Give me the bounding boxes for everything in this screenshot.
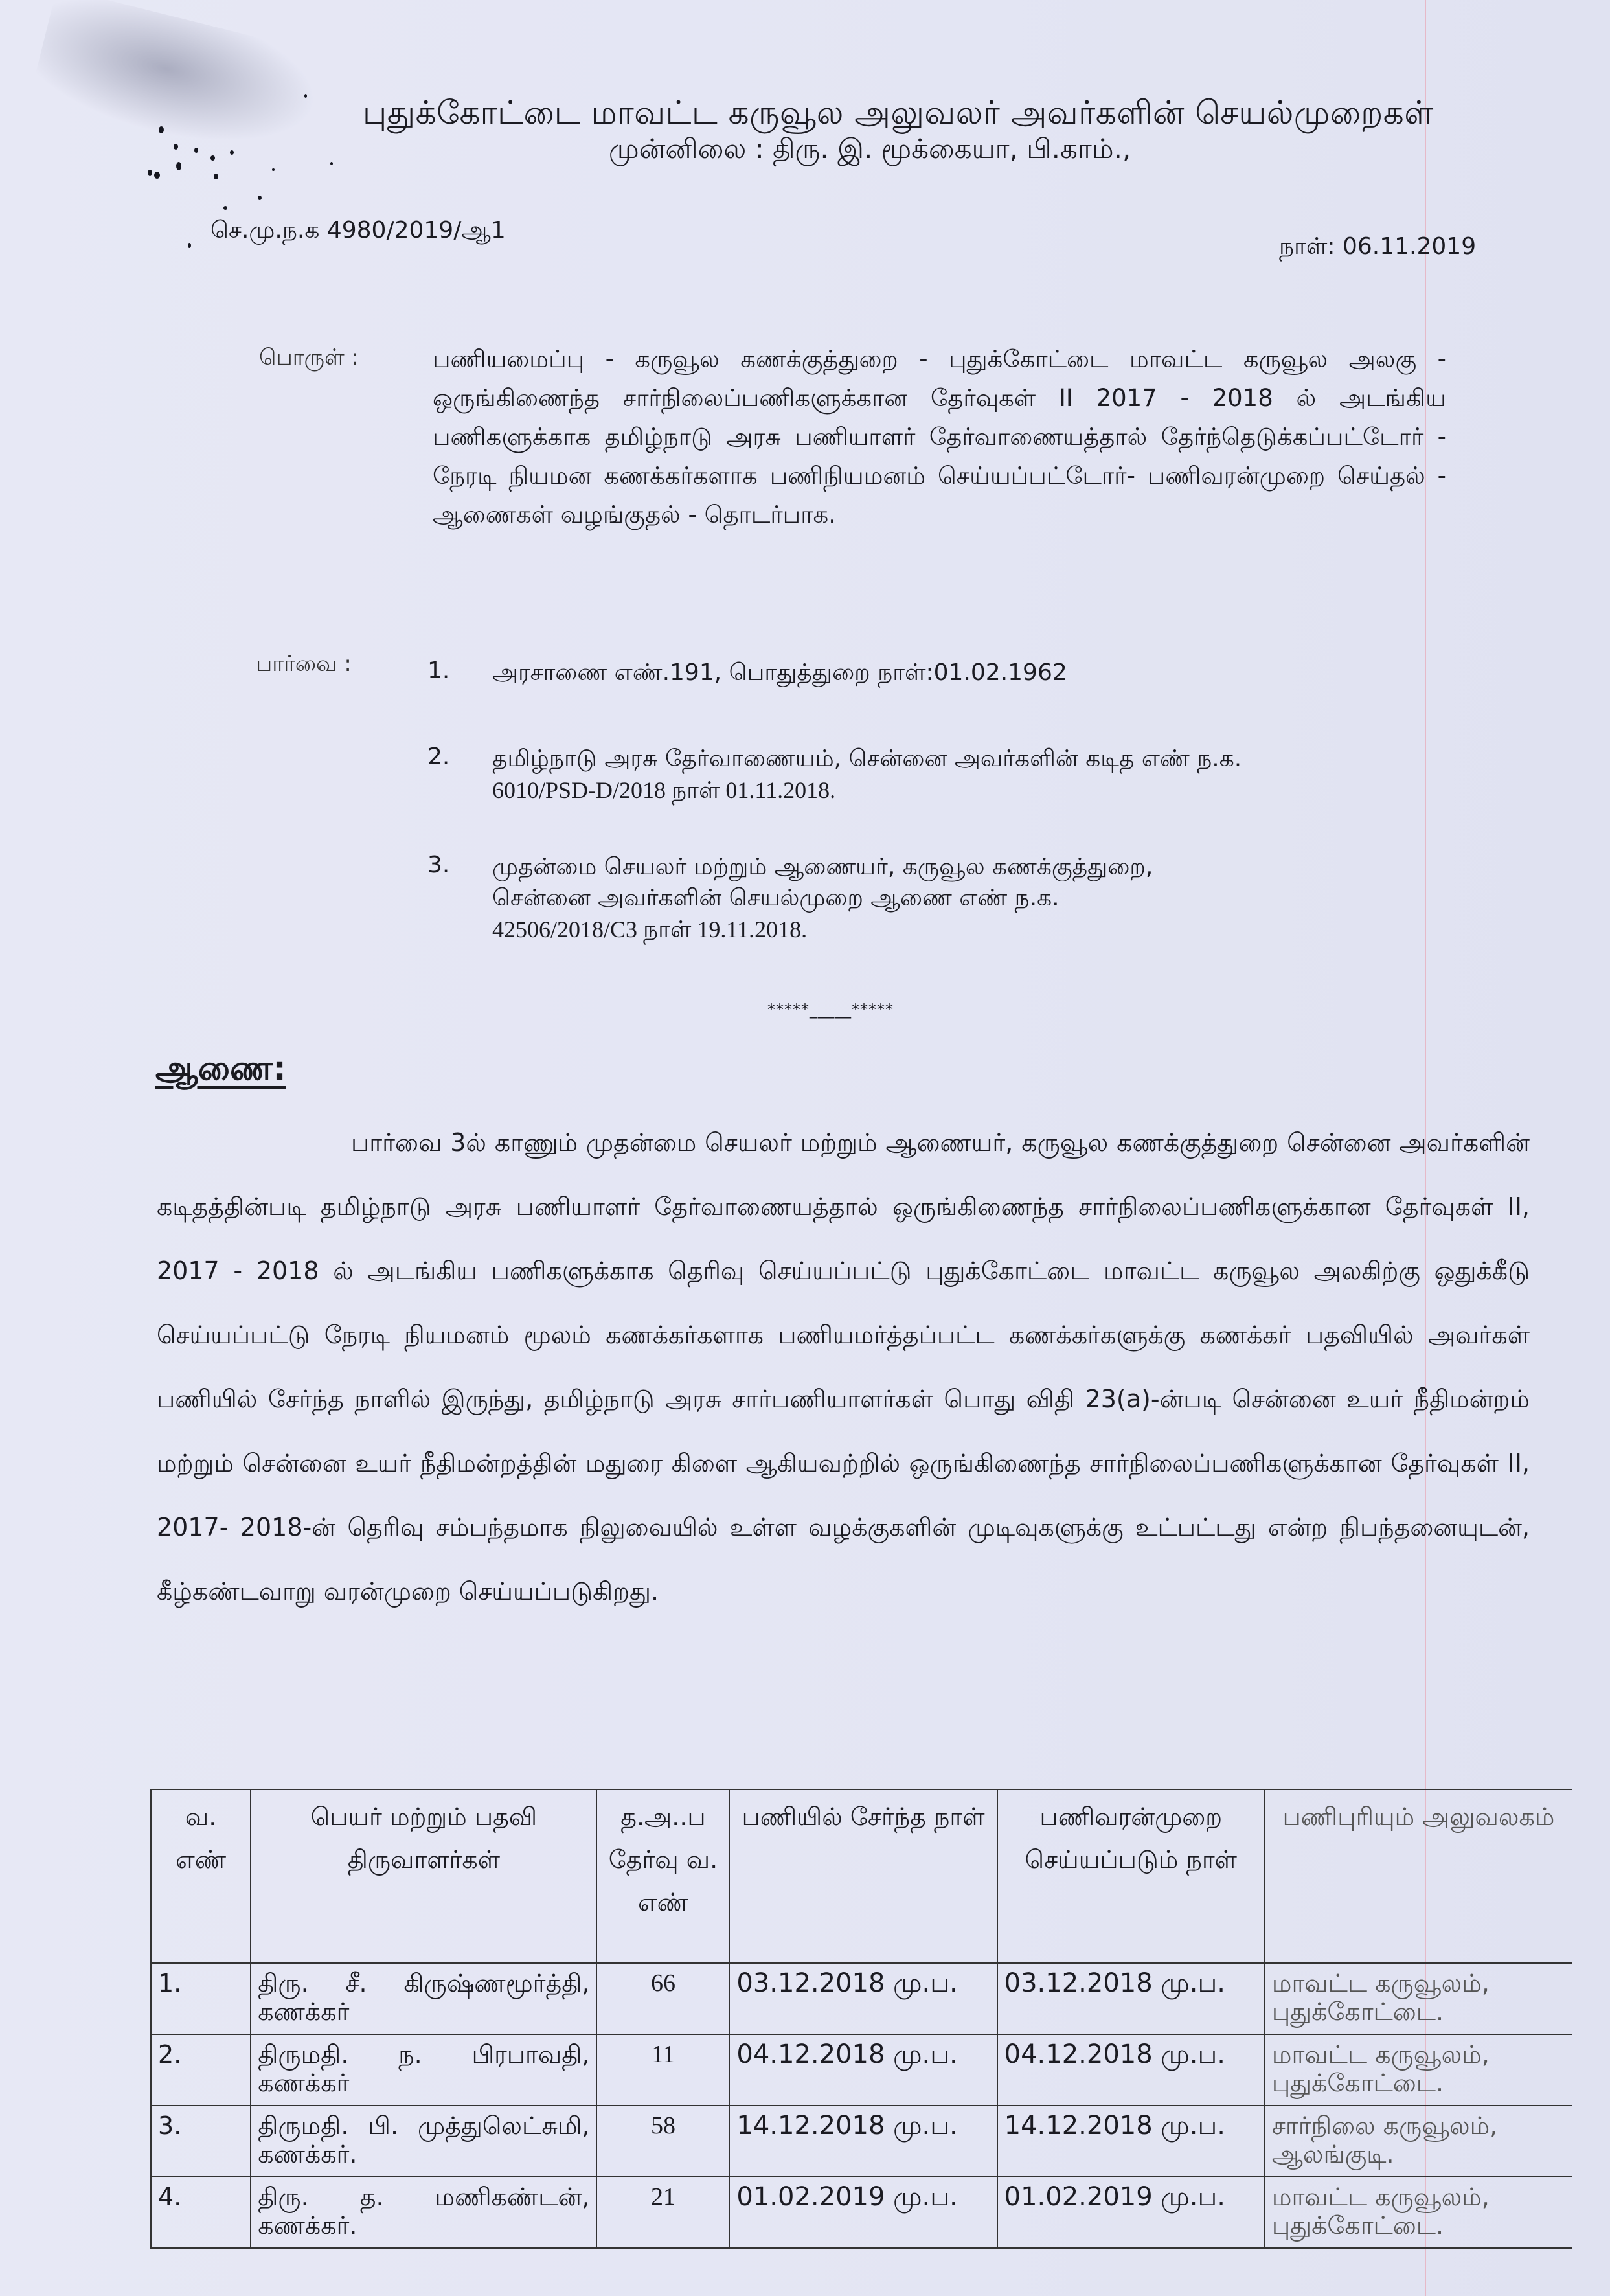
- designation: கணக்கர்.: [258, 2211, 589, 2240]
- reference-item: 1.அரசாணை எண்.191, பொதுத்துறை நாள்:01.02.…: [427, 657, 1399, 688]
- table-row: 1. திரு.சீ.கிருஷ்ணமூர்த்தி, கணக்கர் 66 0…: [151, 1963, 1572, 2034]
- table-row: 2. திருமதி.ந.பிரபாவதி, கணக்கர் 11 04.12.…: [151, 2034, 1572, 2106]
- separator: *****_____*****: [767, 1001, 894, 1019]
- cell-office: மாவட்ட கருவூலம், புதுக்கோட்டை.: [1265, 2034, 1572, 2106]
- cell-joined: 03.12.2018 மு.ப.: [729, 1963, 997, 2034]
- presence-line: முன்னிலை : திரு. இ. மூக்கையா, பி.காம்.,: [609, 133, 1131, 168]
- column-header-joined: பணியில் சேர்ந்த நாள்: [729, 1790, 997, 1963]
- cell-regularised: 03.12.2018 மு.ப.: [997, 1963, 1265, 2034]
- references-label: பார்வை :: [256, 651, 352, 679]
- name-initial: சீ.: [345, 1969, 367, 1997]
- name-initial: ந.: [398, 2040, 422, 2069]
- cell-office: சார்நிலை கருவூலம், ஆலங்குடி.: [1265, 2106, 1572, 2177]
- order-heading: ஆணை:: [155, 1049, 286, 1093]
- name-text: பிரபாவதி,: [471, 2040, 589, 2069]
- name-text: முத்துலெட்சுமி,: [418, 2111, 590, 2140]
- table-header-row: வ. எண் பெயர் மற்றும் பதவி திருவாளர்கள் த…: [151, 1790, 1572, 1963]
- cell-regularised: 01.02.2019 மு.ப.: [997, 2177, 1265, 2248]
- designation: கணக்கர்: [258, 1997, 589, 2026]
- reference-item: 2.தமிழ்நாடு அரசு தேர்வாணையம், சென்னை அவர…: [427, 744, 1399, 806]
- cell-serial: 1.: [151, 1963, 251, 2034]
- document-title: புதுக்கோட்டை மாவட்ட கருவூல அலுவலர் அவர்க…: [363, 94, 1434, 136]
- cell-exam-no: 66: [596, 1963, 729, 2034]
- designation: கணக்கர்.: [258, 2140, 589, 2168]
- subject-label: பொருள் :: [259, 345, 359, 373]
- order-body: பார்வை 3ல் காணும் முதன்மை செயலர் மற்றும்…: [157, 1111, 1530, 1624]
- column-header-regularised: பணிவரன்முறை செய்யப்படும் நாள்: [997, 1790, 1265, 1963]
- cell-exam-no: 21: [596, 2177, 729, 2248]
- reference-text-line2: 6010/PSD-D/2018 நாள் 01.11.2018.: [492, 777, 835, 803]
- reference-text: தமிழ்நாடு அரசு தேர்வாணையம், சென்னை அவர்க…: [492, 744, 1399, 806]
- column-header-office: பணிபுரியும் அலுவலகம்: [1265, 1790, 1572, 1963]
- reference-number: செ.மு.ந.க 4980/2019/ஆ1: [210, 217, 506, 247]
- name-initial: த.: [360, 2183, 384, 2211]
- column-header-exam-no: த.அ..ப தேர்வு வ. எண்: [596, 1790, 729, 1963]
- name-text: கிருஷ்ணமூர்த்தி,: [403, 1969, 589, 1997]
- name-title: திருமதி.: [258, 2040, 348, 2069]
- reference-text-line1: தமிழ்நாடு அரசு தேர்வாணையம், சென்னை அவர்க…: [492, 745, 1242, 772]
- subject-text: பணியமைப்பு - கருவூல கணக்குத்துறை - புதுக…: [433, 340, 1446, 534]
- column-header-serial: வ. எண்: [151, 1790, 251, 1963]
- cell-name: திரு.த.மணிகண்டன், கணக்கர்.: [251, 2177, 596, 2248]
- date-label: நாள்:: [1279, 233, 1335, 260]
- scanned-page: புதுக்கோட்டை மாவட்ட கருவூல அலுவலர் அவர்க…: [0, 0, 1610, 2296]
- name-title: திருமதி.: [258, 2111, 348, 2140]
- cell-name: திரு.சீ.கிருஷ்ணமூர்த்தி, கணக்கர்: [251, 1963, 596, 2034]
- name-text: மணிகண்டன்,: [435, 2183, 590, 2211]
- cell-office: மாவட்ட கருவூலம், புதுக்கோட்டை.: [1265, 1963, 1572, 2034]
- cell-regularised: 14.12.2018 மு.ப.: [997, 2106, 1265, 2177]
- reference-text-line1: முதன்மை செயலர் மற்றும் ஆணையர், கருவூல கண…: [492, 854, 1153, 911]
- cell-regularised: 04.12.2018 மு.ப.: [997, 2034, 1265, 2106]
- reference-number: 3.: [427, 852, 492, 878]
- date-value: 06.11.2019: [1343, 233, 1476, 260]
- table-row: 4. திரு.த.மணிகண்டன், கணக்கர். 21 01.02.2…: [151, 2177, 1572, 2248]
- cell-joined: 14.12.2018 மு.ப.: [729, 2106, 997, 2177]
- cell-joined: 01.02.2019 மு.ப.: [729, 2177, 997, 2248]
- cell-office: மாவட்ட கருவூலம், புதுக்கோட்டை.: [1265, 2177, 1572, 2248]
- reference-number: 2.: [427, 744, 492, 770]
- reference-text: முதன்மை செயலர் மற்றும் ஆணையர், கருவூல கண…: [492, 852, 1166, 946]
- reference-text: அரசாணை எண்.191, பொதுத்துறை நாள்:01.02.19…: [492, 657, 1399, 688]
- cell-joined: 04.12.2018 மு.ப.: [729, 2034, 997, 2106]
- reference-item: 3.முதன்மை செயலர் மற்றும் ஆணையர், கருவூல …: [427, 852, 1166, 946]
- appointment-table: வ. எண் பெயர் மற்றும் பதவி திருவாளர்கள் த…: [150, 1789, 1572, 2249]
- reference-number: 1.: [427, 657, 492, 684]
- cell-exam-no: 58: [596, 2106, 729, 2177]
- cell-name: திருமதி.ந.பிரபாவதி, கணக்கர்: [251, 2034, 596, 2106]
- reference-text-line2: 42506/2018/C3 நாள் 19.11.2018.: [492, 916, 807, 942]
- cell-exam-no: 11: [596, 2034, 729, 2106]
- table-row: 3. திருமதி.பி.முத்துலெட்சுமி, கணக்கர். 5…: [151, 2106, 1572, 2177]
- name-title: திரு.: [258, 2183, 308, 2211]
- designation: கணக்கர்: [258, 2069, 589, 2097]
- cell-name: திருமதி.பி.முத்துலெட்சுமி, கணக்கர்.: [251, 2106, 596, 2177]
- name-title: திரு.: [258, 1969, 308, 1997]
- cell-serial: 3.: [151, 2106, 251, 2177]
- cell-serial: 2.: [151, 2034, 251, 2106]
- column-header-name: பெயர் மற்றும் பதவி திருவாளர்கள்: [251, 1790, 596, 1963]
- cell-serial: 4.: [151, 2177, 251, 2248]
- name-initial: பி.: [368, 2111, 398, 2140]
- ink-smudge: [29, 0, 328, 168]
- document-date: நாள்: 06.11.2019: [1279, 233, 1476, 263]
